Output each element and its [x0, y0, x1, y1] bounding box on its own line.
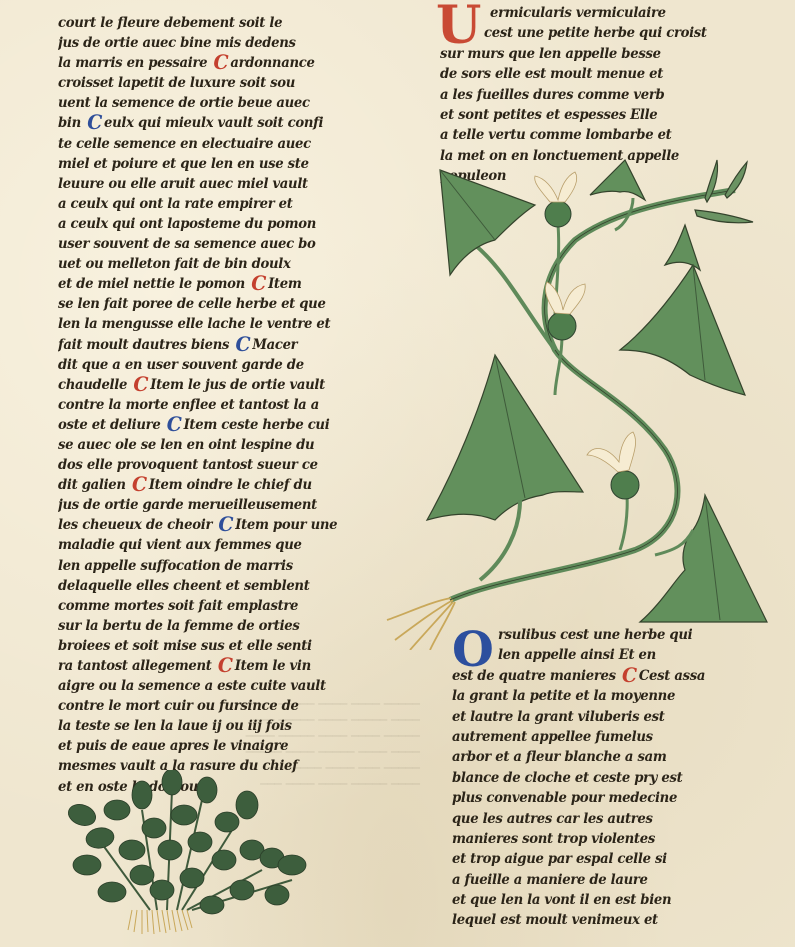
rubric-paragraph-mark: C — [218, 658, 233, 675]
text-line: user souvent de sa semence auec bo — [58, 235, 378, 256]
roots-icon — [387, 598, 455, 650]
text-line: rsulibus cest une herbe qui — [452, 625, 772, 646]
text-line: a ceulx qui ont laposteme du pomon — [58, 214, 378, 235]
text-line: jus de ortie garde merueilleusement — [58, 496, 378, 517]
text-line: a telle vertu comme lombarbe et — [440, 126, 770, 147]
text-line: a fueille a maniere de laure — [452, 870, 772, 891]
text-line: broiees et soit mise sus et elle senti — [58, 636, 378, 657]
text-line: autrement appellee fumelus — [452, 727, 772, 748]
text-line: et puis de eaue apres le vinaigre — [58, 737, 378, 758]
rubric-paragraph-mark: C — [218, 517, 233, 534]
text-line: de sors elle est moult menue et — [440, 65, 770, 86]
text-line: dit galien CItem oindre le chief du — [58, 476, 378, 497]
thistle-flower-icon — [535, 172, 577, 227]
right-text-column-bottom: rsulibus cest une herbe qui len appelle … — [452, 626, 772, 932]
text-line: maladie qui vient aux femmes que — [58, 536, 378, 557]
text-line: uet ou melleton fait de bin doulx — [58, 255, 378, 276]
text-line: comme mortes soit fait emplastre — [58, 596, 378, 617]
text-line: est de quatre manieres CCest assa — [452, 666, 772, 687]
rubric-paragraph-mark: C — [214, 55, 229, 72]
text-line: ermicularis vermiculaire — [440, 3, 770, 24]
text-line: delaquelle elles cheent et semblent — [58, 576, 378, 597]
text-line: len appelle ainsi Et en — [452, 646, 772, 667]
text-line: fait moult dautres biens CMacer — [58, 335, 378, 356]
text-line: cest une petite herbe qui croist — [440, 24, 770, 45]
text-line: len appelle suffocation de marris — [58, 556, 378, 577]
text-line: dos elle provoquent tantost sueur ce — [58, 456, 378, 477]
text-line: contre le mort cuir ou fursince de — [58, 697, 378, 718]
text-line: court le fleure debement soit le — [58, 13, 378, 34]
rubric-paragraph-mark: C — [167, 416, 182, 433]
text-line: la grant la petite et la moyenne — [452, 687, 772, 708]
text-line: bin Ceulx qui mieulx vault soit confi — [58, 114, 378, 135]
text-line: arbor et a fleur blanche a sam — [452, 748, 772, 769]
text-line: lequel est moult venimeux et — [452, 911, 772, 932]
text-line: se auec ole se len en oint lespine du — [58, 435, 378, 456]
text-line: les cheueux de cheoir CItem pour une — [58, 516, 378, 537]
text-line: que les autres car les autres — [452, 809, 772, 830]
text-line: dit que a en user souvent garde de — [58, 355, 378, 376]
climbing-plant-illustration — [375, 150, 775, 650]
text-line: et trop aigue par espal celle si — [452, 850, 772, 871]
roots-icon — [128, 910, 192, 934]
text-line: et de miel nettie le pomon CItem — [58, 275, 378, 296]
text-line: la teste se len la laue ij ou iij fois — [58, 717, 378, 738]
text-line: a ceulx qui ont la rate empirer et — [58, 194, 378, 215]
rubric-paragraph-mark: C — [133, 376, 148, 393]
text-line: et sont petites et espesses Elle — [440, 105, 770, 126]
left-text-column: court le fleure debement soit le jus de … — [58, 14, 378, 798]
text-line: len la mengusse elle lache le ventre et — [58, 315, 378, 336]
leafy-herb-illustration — [62, 770, 332, 940]
text-line: a les fueilles dures comme verb — [440, 85, 770, 106]
rubric-paragraph-mark: C — [622, 667, 637, 684]
text-line: sur la bertu de la femme de orties — [58, 616, 378, 637]
thistle-flower-icon — [587, 432, 639, 499]
text-line: oste et deliure CItem ceste herbe cui — [58, 415, 378, 436]
manuscript-page: ───── ──── ──── ───── ───── ──── ───── ─… — [0, 0, 795, 947]
text-line: et lautre la grant viluberis est — [452, 707, 772, 728]
text-line: miel et poiure et que len en use ste — [58, 154, 378, 175]
text-line: se len fait poree de celle herbe et que — [58, 295, 378, 316]
text-line: ra tantost allegement CItem le vin — [58, 656, 378, 677]
rubric-paragraph-mark: C — [87, 115, 102, 132]
text-line: la marris en pessaire Cardonnance — [58, 54, 378, 75]
text-line: jus de ortie auec bine mis dedens — [58, 34, 378, 55]
text-line: contre la morte enflee et tantost la a — [58, 395, 378, 416]
thistle-flower-icon — [545, 282, 585, 340]
text-line: chaudelle CItem le jus de ortie vault — [58, 375, 378, 396]
rubric-paragraph-mark: C — [235, 336, 250, 353]
text-line: uent la semence de ortie beue auec — [58, 94, 378, 115]
text-line: te celle semence en electuaire auec — [58, 134, 378, 155]
text-line: plus convenable pour medecine — [452, 789, 772, 810]
text-line: sur murs que len appelle besse — [440, 44, 770, 65]
text-line: et que len la vont il en est bien — [452, 891, 772, 912]
text-line: manieres sont trop violentes — [452, 829, 772, 850]
rubric-paragraph-mark: C — [132, 477, 147, 494]
text-line: blance de cloche et ceste pry est — [452, 768, 772, 789]
text-line: croisset lapetit de luxure soit sou — [58, 74, 378, 95]
text-line: aigre ou la semence a este cuite vault — [58, 677, 378, 698]
rubric-paragraph-mark: C — [251, 276, 266, 293]
text-line: leuure ou elle aruit auec miel vault — [58, 174, 378, 195]
